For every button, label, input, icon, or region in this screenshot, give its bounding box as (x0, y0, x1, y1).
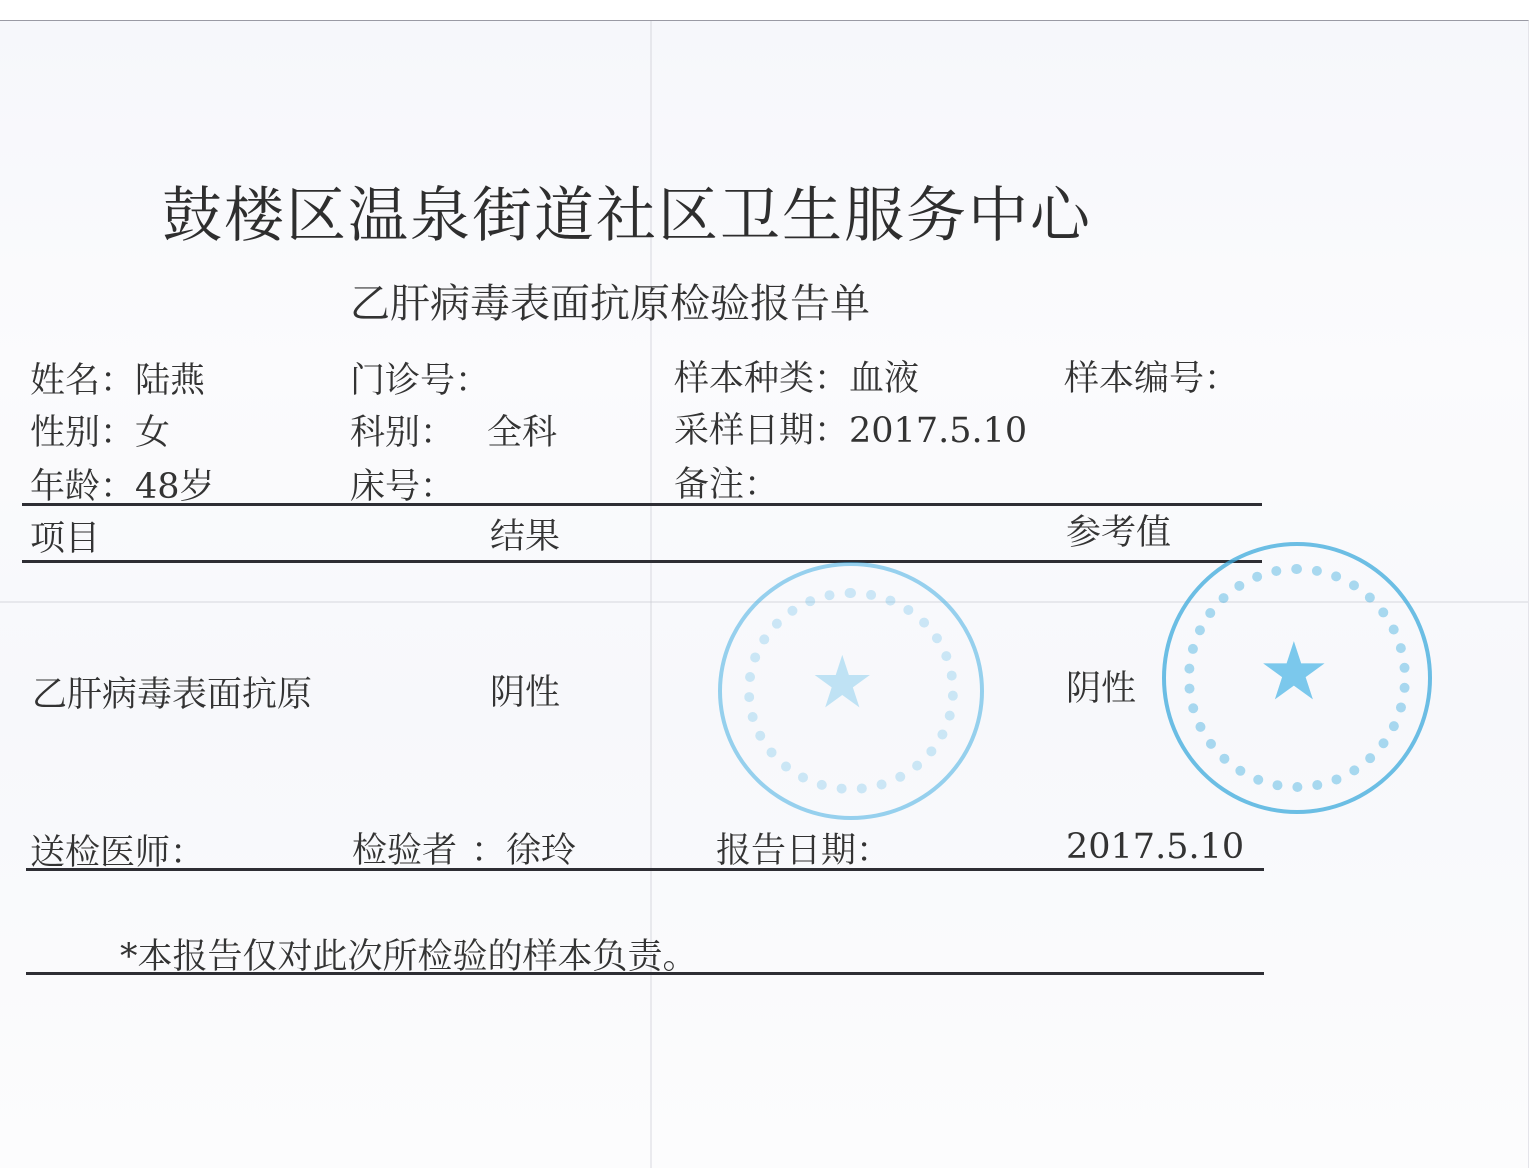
divider-line (22, 560, 1262, 563)
sample-type: 血液 (849, 359, 919, 399)
remarks-label: 备注： (674, 465, 779, 505)
outpatient-no-label: 门诊号： (350, 361, 490, 401)
department-field: 科别：全科 (350, 416, 557, 451)
name-label: 姓名： (30, 361, 135, 401)
patient-sex: 女 (135, 413, 170, 453)
collection-date-label: 采样日期： (674, 411, 849, 451)
examiner-name: 徐玲 (506, 831, 576, 871)
name-field: 姓名：陆燕 (30, 364, 205, 399)
doctor-label: 送检医师： (30, 833, 205, 873)
sample-type-field: 样本种类：血液 (674, 362, 919, 397)
collection-date: 2017.5.10 (849, 411, 1027, 451)
test-item: 乙肝病毒表面抗原 (32, 678, 312, 713)
report-date: 2017.5.10 (1066, 830, 1244, 865)
outpatient-no-field: 门诊号： (350, 364, 490, 399)
report-title: 乙肝病毒表面抗原检验报告单 (350, 284, 870, 324)
official-stamp-right: ★ (1162, 542, 1432, 814)
examiner-separator: ： (471, 831, 506, 871)
examiner-field: 检验者：徐玲 (352, 834, 576, 869)
age-label: 年龄： (30, 467, 135, 507)
collection-date-field: 采样日期：2017.5.10 (674, 414, 1027, 449)
bed-no-label: 床号： (350, 467, 455, 507)
sex-field: 性别：女 (30, 416, 170, 451)
divider-line (26, 868, 1264, 871)
sample-no-label: 样本编号： (1064, 359, 1239, 399)
age-field: 年龄：48岁 (30, 470, 215, 505)
divider-line (26, 972, 1264, 975)
test-result: 阴性 (490, 676, 560, 711)
official-stamp-left: ★ (718, 562, 984, 820)
column-header-result: 结果 (490, 520, 560, 555)
institution-title: 鼓楼区温泉街道社区卫生服务中心 (162, 186, 1092, 246)
disclaimer: *本报告仅对此次所检验的样本负责。 (120, 940, 698, 975)
star-icon: ★ (1258, 632, 1330, 712)
remarks-field: 备注： (674, 468, 779, 503)
bed-no-field: 床号： (350, 470, 455, 505)
sex-label: 性别： (30, 413, 135, 453)
column-header-reference: 参考值 (1066, 516, 1171, 551)
star-icon: ★ (810, 646, 875, 718)
department-label: 科别： (350, 413, 455, 453)
doctor-field: 送检医师： (30, 836, 205, 871)
patient-age: 48岁 (135, 467, 215, 507)
examiner-label: 检验者 (352, 831, 457, 871)
column-header-item: 项目 (30, 522, 100, 557)
department: 全科 (487, 413, 557, 453)
reference-value: 阴性 (1066, 672, 1136, 707)
sample-type-label: 样本种类： (674, 359, 849, 399)
report-date-label: 报告日期： (716, 834, 891, 869)
sample-no-field: 样本编号： (1064, 362, 1239, 397)
patient-name: 陆燕 (135, 361, 205, 401)
divider-line (22, 503, 1262, 506)
